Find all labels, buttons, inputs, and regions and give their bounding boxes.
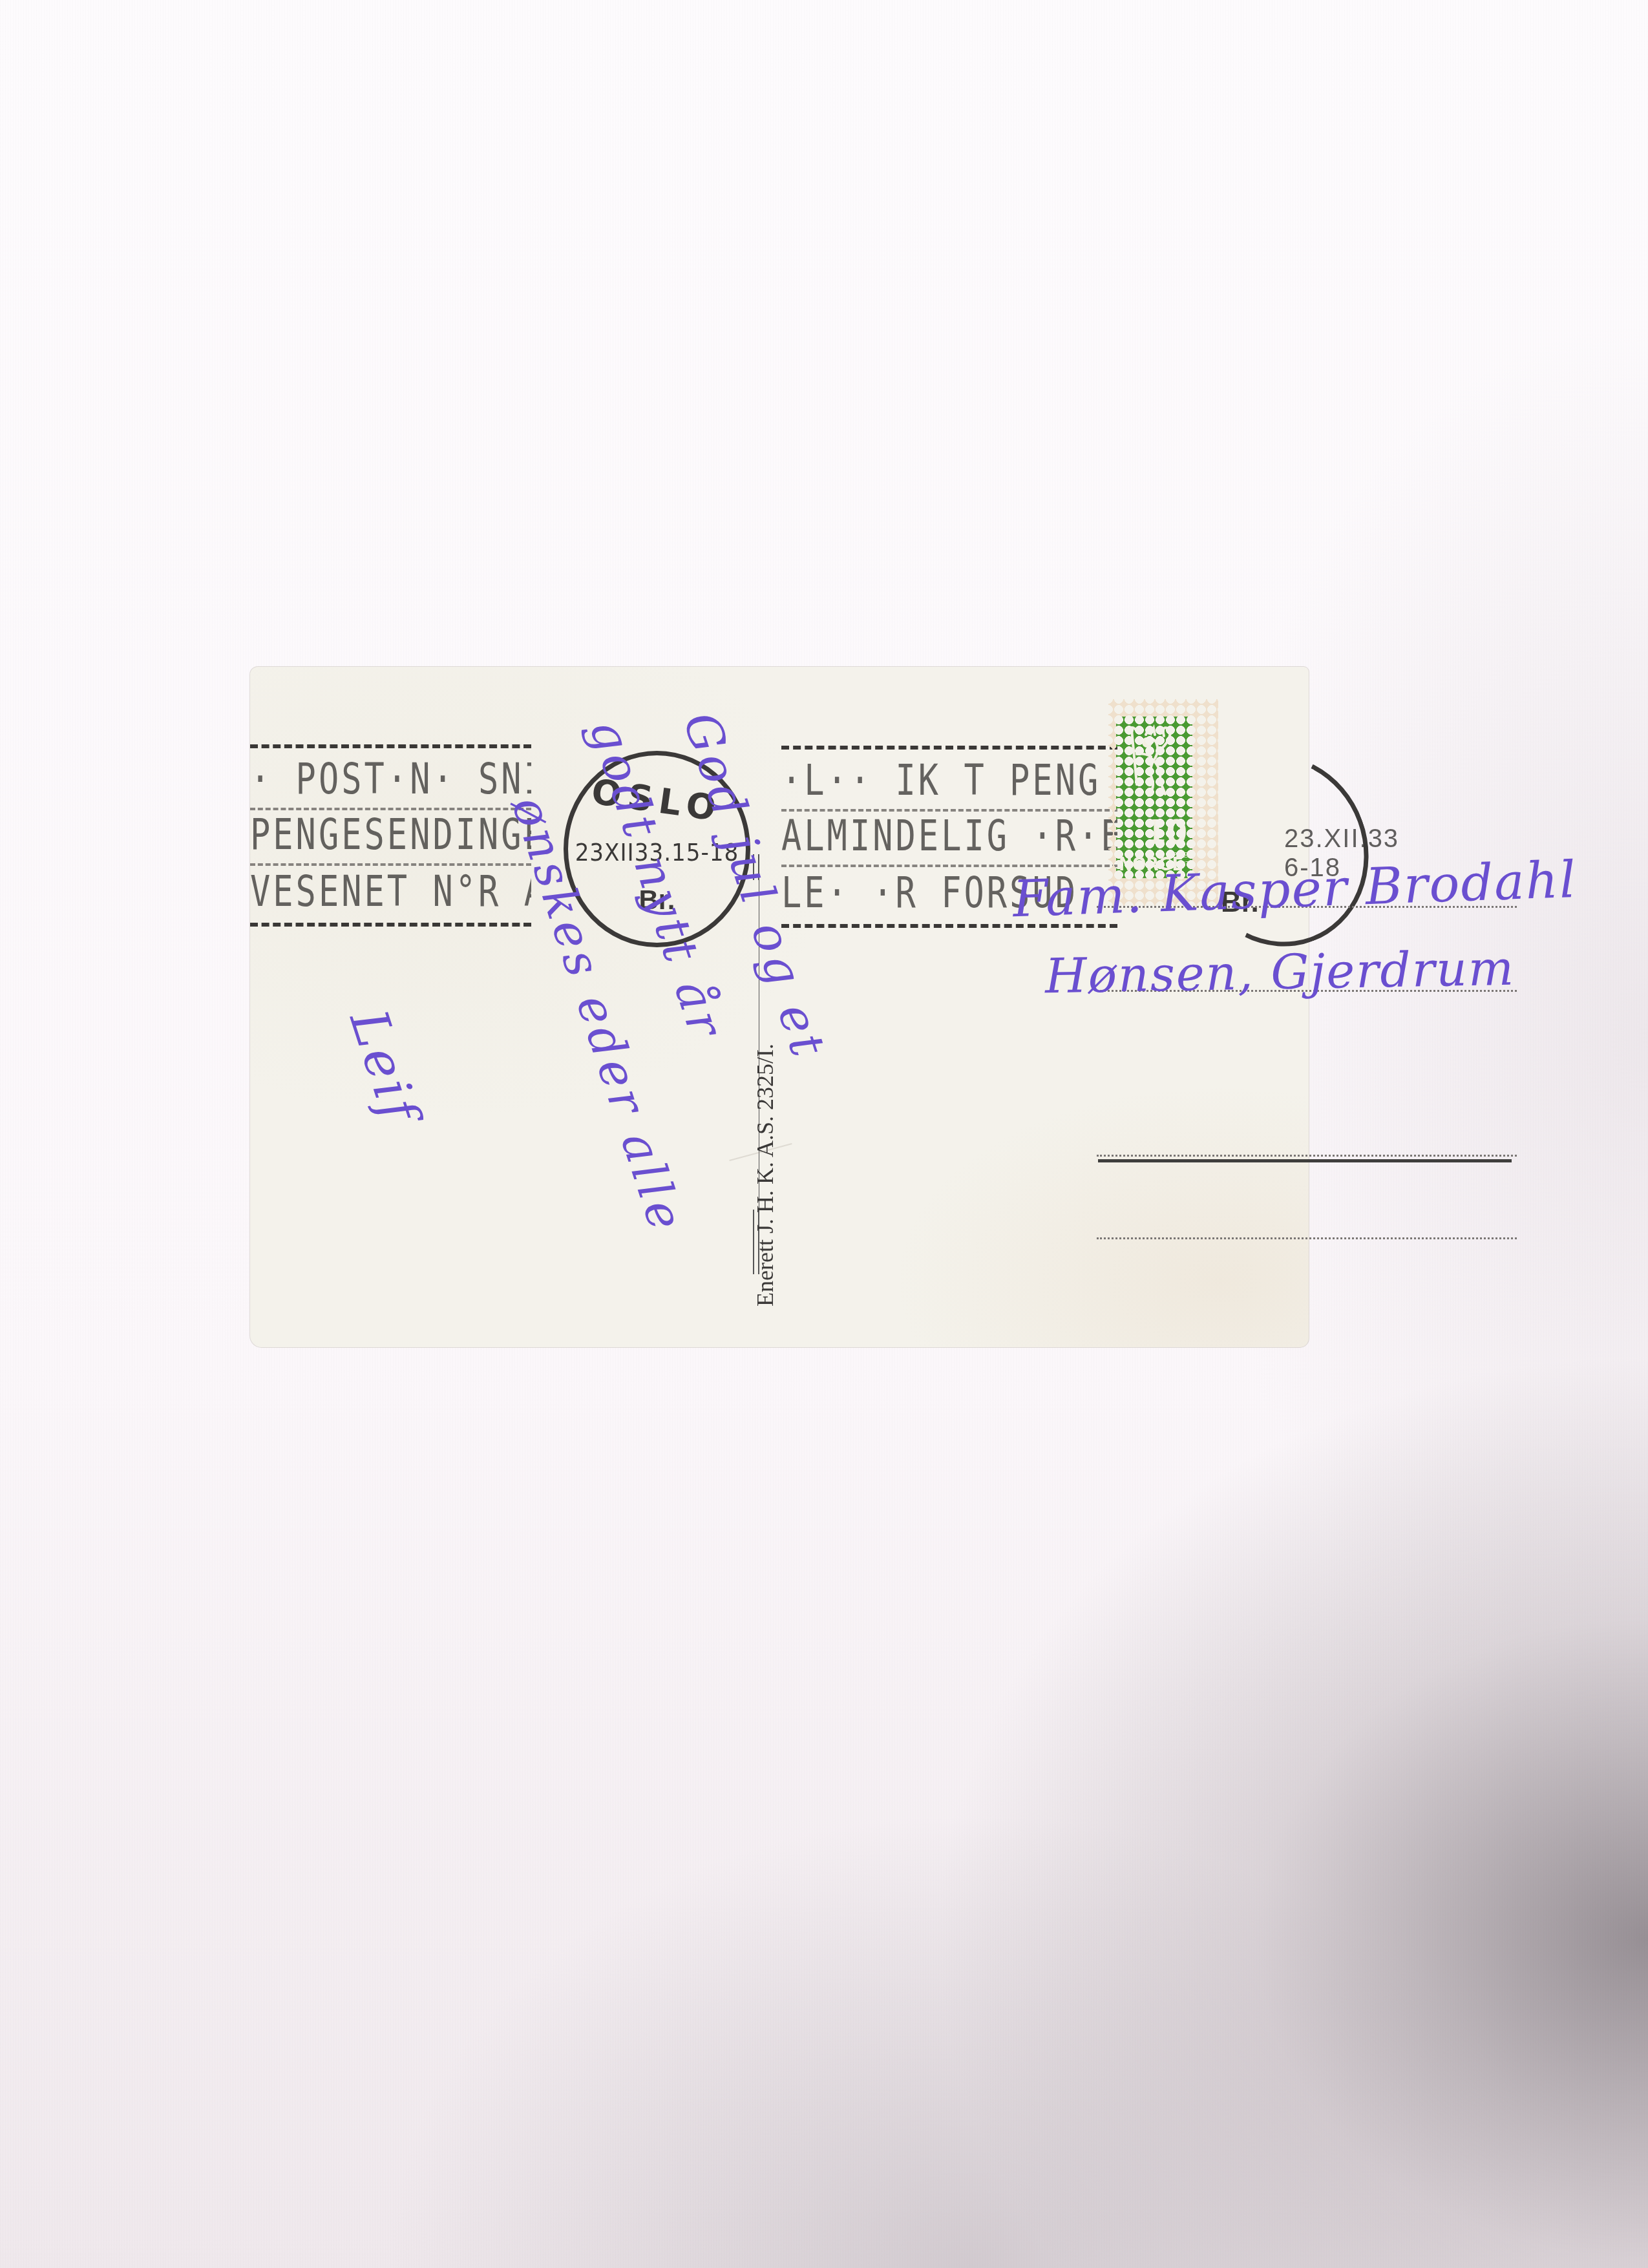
slogan-left-line-1: · POST·N· SNING [250, 751, 531, 808]
slogan-left-line-3: VESENET N°R ALLE [250, 864, 531, 921]
address-line-4 [1097, 1237, 1517, 1239]
slogan-cancel-left: · POST·N· SNING PENGESENDINGER VESENET N… [250, 744, 531, 927]
stamp-face: 10 NORGE ØRE POST [1116, 717, 1192, 878]
message-signature: Leif [339, 1003, 432, 1132]
postcard: · POST·N· SNING PENGESENDINGER VESENET N… [250, 667, 1309, 1347]
slogan-right-line-1: ·L·· IK T PENG [781, 753, 1117, 810]
stamp-value: 10 [1145, 814, 1187, 852]
address-rule [1098, 1159, 1512, 1162]
address-line-3 [1097, 1155, 1517, 1157]
slogan-left-line-2: PENGESENDINGER [250, 807, 531, 864]
slogan-right-line-2: ALMINDELIG ·R·E [781, 808, 1117, 865]
lion-rampant-icon [1123, 723, 1178, 807]
recipient-place: Hønsen, Gjerdrum [1044, 941, 1515, 1005]
stamp-unit-ore: ØRE [1170, 851, 1190, 860]
